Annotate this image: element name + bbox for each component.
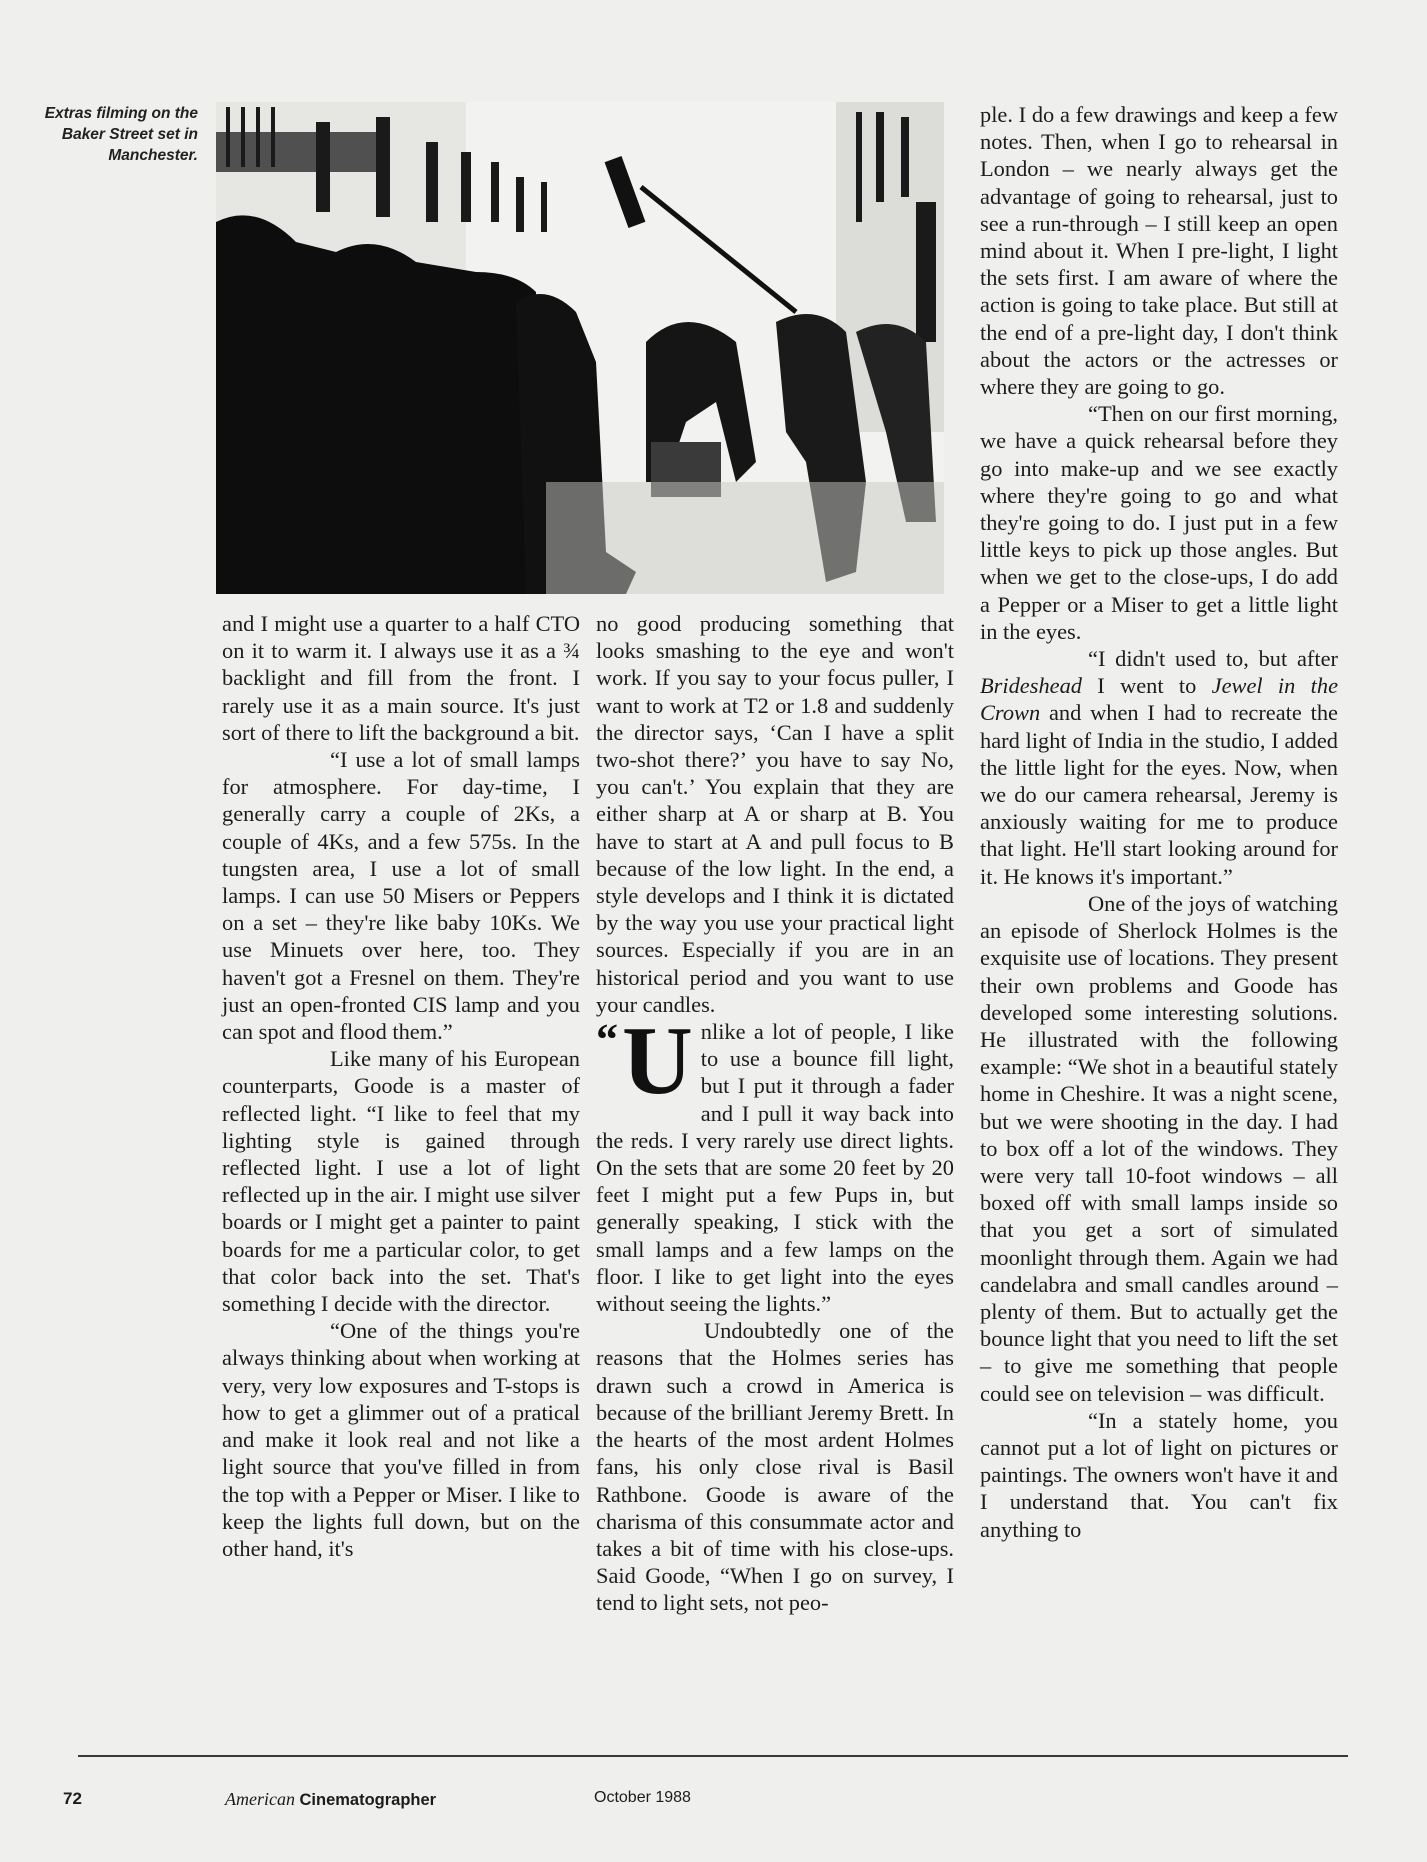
paragraph: “In a stately home, you cannot put a lot… <box>980 1407 1338 1543</box>
page-number: 72 <box>63 1789 82 1809</box>
pull-quote-mark: “ <box>596 1020 618 1060</box>
paragraph: “I didn't used to, but after Brideshead … <box>980 645 1338 890</box>
paragraph: “I use a lot of small lamps for atmosphe… <box>222 746 580 1045</box>
dropcap-paragraph: “Unlike a lot of people, I like to use a… <box>596 1018 954 1317</box>
paragraph: One of the joys of watching an episode o… <box>980 890 1338 1407</box>
magazine-name-bold: Cinematographer <box>299 1791 436 1809</box>
issue-date: October 1988 <box>594 1789 691 1807</box>
text: I went to <box>1082 673 1212 698</box>
article-column-3: ple. I do a few drawings and keep a few … <box>980 101 1338 1543</box>
film-set-photo <box>216 102 944 594</box>
footer-divider <box>78 1755 1348 1757</box>
text: and when I had to recreate the hard ligh… <box>980 700 1338 888</box>
title-brideshead: Brideshead <box>980 673 1082 698</box>
photo-caption: Extras filming on the Baker Street set i… <box>38 103 198 166</box>
drop-cap-letter: U <box>622 1022 693 1100</box>
magazine-name-italic: American <box>225 1789 295 1809</box>
text: “I didn't used to, but after <box>1088 646 1338 671</box>
paragraph: Like many of his European counterparts, … <box>222 1045 580 1317</box>
paragraph: no good producing something that looks s… <box>596 610 954 1018</box>
paragraph: and I might use a quarter to a half CTO … <box>222 610 580 746</box>
paragraph: Undoubtedly one of the reasons that the … <box>596 1317 954 1616</box>
paragraph: ple. I do a few drawings and keep a few … <box>980 101 1338 400</box>
article-column-2: no good producing something that looks s… <box>596 610 954 1617</box>
paragraph: “One of the things you're always thinkin… <box>222 1317 580 1562</box>
photo-film-set-icon <box>216 102 944 594</box>
paragraph: “Then on our first morning, we have a qu… <box>980 400 1338 645</box>
article-column-1: and I might use a quarter to a half CTO … <box>222 610 580 1562</box>
magazine-name: American Cinematographer <box>225 1789 436 1810</box>
